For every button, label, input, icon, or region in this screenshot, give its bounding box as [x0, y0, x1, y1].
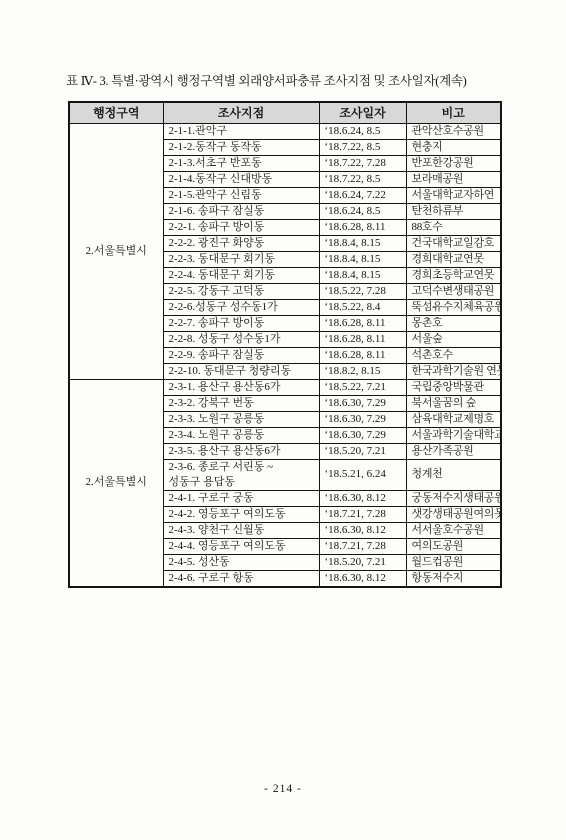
note-cell: 서울과학기술대학교 [406, 427, 501, 443]
date-cell: ‘18.6.24, 8.5 [319, 203, 406, 219]
date-cell: ‘18.6.30, 8.12 [319, 522, 406, 538]
note-cell: 용산가족공원 [406, 443, 501, 459]
point-cell: 2-1-4.동작구 신대방동 [163, 171, 319, 187]
note-cell: 경희대학교연못 [406, 251, 501, 267]
note-cell: 반포한강공원 [406, 155, 501, 171]
table-caption: 표 Ⅳ- 3. 특별·광역시 행정구역별 외래양서파충류 조사지점 및 조사일자… [66, 71, 467, 89]
point-cell: 2-3-5. 용산구 용산동6가 [163, 443, 319, 459]
region-cell: 2.서울특별시 [69, 379, 163, 587]
point-cell: 2-3-3. 노원구 공릉동 [163, 411, 319, 427]
note-cell: 북서울꿈의 숲 [406, 395, 501, 411]
table-row: 2.서울특별시2-3-1. 용산구 용산동6가‘18.5.22, 7.21국립중… [69, 379, 501, 395]
note-cell: 월드컵공원 [406, 554, 501, 570]
date-cell: ‘18.6.30, 7.29 [319, 427, 406, 443]
table-body: 2.서울특별시2-1-1.관악구‘18.6.24, 8.5관악산호수공원2-1-… [69, 123, 501, 587]
date-cell: ‘18.7.22, 8.5 [319, 171, 406, 187]
date-cell: ‘18.6.24, 7.22 [319, 187, 406, 203]
point-cell: 2-1-3.서초구 반포동 [163, 155, 319, 171]
date-cell: ‘18.6.30, 8.12 [319, 490, 406, 506]
date-cell: ‘18.7.21, 7.28 [319, 538, 406, 554]
note-cell: 서울숲 [406, 331, 501, 347]
date-cell: ‘18.5.20, 7.21 [319, 554, 406, 570]
note-cell: 서서울호수공원 [406, 522, 501, 538]
header-remarks: 비고 [406, 102, 501, 123]
header-row: 행정구역 조사지점 조사일자 비고 [69, 102, 501, 123]
point-cell: 2-2-7. 송파구 방이동 [163, 315, 319, 331]
note-cell: 삼육대학교제명호 [406, 411, 501, 427]
point-cell: 2-3-4. 노원구 공릉동 [163, 427, 319, 443]
note-cell: 한국과학기술원 연못 [406, 363, 501, 379]
note-cell: 샛강생태공원여의못 [406, 506, 501, 522]
note-cell: 건국대학교일감호 [406, 235, 501, 251]
date-cell: ‘18.8.4, 8.15 [319, 235, 406, 251]
date-cell: ‘18.7.21, 7.28 [319, 506, 406, 522]
point-cell: 2-2-1. 송파구 방이동 [163, 219, 319, 235]
date-cell: ‘18.6.28, 8.11 [319, 347, 406, 363]
point-cell: 2-4-5. 성산동 [163, 554, 319, 570]
point-cell: 2-4-3. 양천구 신월동 [163, 522, 319, 538]
date-cell: ‘18.5.20, 7.21 [319, 443, 406, 459]
note-cell: 경희초등학교연못 [406, 267, 501, 283]
note-cell: 88호수 [406, 219, 501, 235]
date-cell: ‘18.8.2, 8.15 [319, 363, 406, 379]
point-cell: 2-2-3. 동대문구 회기동 [163, 251, 319, 267]
point-cell: 2-3-6. 종로구 서린동 ~ 성동구 용답동 [163, 459, 319, 490]
note-cell: 서울대학교자하연 [406, 187, 501, 203]
date-cell: ‘18.7.22, 7.28 [319, 155, 406, 171]
date-cell: ‘18.7.22, 8.5 [319, 139, 406, 155]
note-cell: 현충지 [406, 139, 501, 155]
date-cell: ‘18.6.28, 8.11 [319, 331, 406, 347]
survey-points-table: 행정구역 조사지점 조사일자 비고 2.서울특별시2-1-1.관악구‘18.6.… [68, 101, 502, 588]
date-cell: ‘18.6.30, 7.29 [319, 411, 406, 427]
point-cell: 2-2-2. 광진구 화양동 [163, 235, 319, 251]
point-cell: 2-1-2.동작구 동작동 [163, 139, 319, 155]
point-cell: 2-4-4. 영등포구 여의도동 [163, 538, 319, 554]
point-cell: 2-2-8. 성동구 성수동1가 [163, 331, 319, 347]
header-point: 조사지점 [163, 102, 319, 123]
note-cell: 보라매공원 [406, 171, 501, 187]
date-cell: ‘18.6.24, 8.5 [319, 123, 406, 139]
note-cell: 관악산호수공원 [406, 123, 501, 139]
date-cell: ‘18.6.28, 8.11 [319, 219, 406, 235]
date-cell: ‘18.5.22, 7.21 [319, 379, 406, 395]
point-cell: 2-2-9. 송파구 잠실동 [163, 347, 319, 363]
note-cell: 국립중앙박물관 [406, 379, 501, 395]
point-cell: 2-2-6.성동구 성수동1가 [163, 299, 319, 315]
point-cell: 2-3-1. 용산구 용산동6가 [163, 379, 319, 395]
date-cell: ‘18.8.4, 8.15 [319, 267, 406, 283]
page-number: - 214 - [0, 783, 566, 795]
date-cell: ‘18.8.4, 8.15 [319, 251, 406, 267]
note-cell: 뚝섬유수지체육공원 [406, 299, 501, 315]
header-region: 행정구역 [69, 102, 163, 123]
point-cell: 2-2-5. 강동구 고덕동 [163, 283, 319, 299]
note-cell: 석촌호수 [406, 347, 501, 363]
note-cell: 여의도공원 [406, 538, 501, 554]
date-cell: ‘18.5.22, 8.4 [319, 299, 406, 315]
date-cell: ‘18.5.22, 7.28 [319, 283, 406, 299]
point-cell: 2-4-2. 영등포구 여의도동 [163, 506, 319, 522]
note-cell: 항동저수지 [406, 570, 501, 587]
point-cell: 2-4-6. 구로구 항동 [163, 570, 319, 587]
point-cell: 2-2-4. 동대문구 회기동 [163, 267, 319, 283]
point-cell: 2-4-1. 구로구 궁동 [163, 490, 319, 506]
region-cell: 2.서울특별시 [69, 123, 163, 379]
point-cell: 2-1-5.관악구 신림동 [163, 187, 319, 203]
point-cell: 2-1-1.관악구 [163, 123, 319, 139]
point-cell: 2-2-10. 동대문구 청량리동 [163, 363, 319, 379]
table-row: 2.서울특별시2-1-1.관악구‘18.6.24, 8.5관악산호수공원 [69, 123, 501, 139]
note-cell: 탄천하류부 [406, 203, 501, 219]
date-cell: ‘18.5.21, 6.24 [319, 459, 406, 490]
note-cell: 고덕수변생태공원 [406, 283, 501, 299]
note-cell: 궁동저수지생태공원 [406, 490, 501, 506]
note-cell: 청계천 [406, 459, 501, 490]
date-cell: ‘18.6.30, 7.29 [319, 395, 406, 411]
table-header: 행정구역 조사지점 조사일자 비고 [69, 102, 501, 123]
date-cell: ‘18.6.30, 8.12 [319, 570, 406, 587]
date-cell: ‘18.6.28, 8.11 [319, 315, 406, 331]
point-cell: 2-1-6. 송파구 잠실동 [163, 203, 319, 219]
point-cell: 2-3-2. 강북구 번동 [163, 395, 319, 411]
header-survey-date: 조사일자 [319, 102, 406, 123]
note-cell: 몽촌호 [406, 315, 501, 331]
